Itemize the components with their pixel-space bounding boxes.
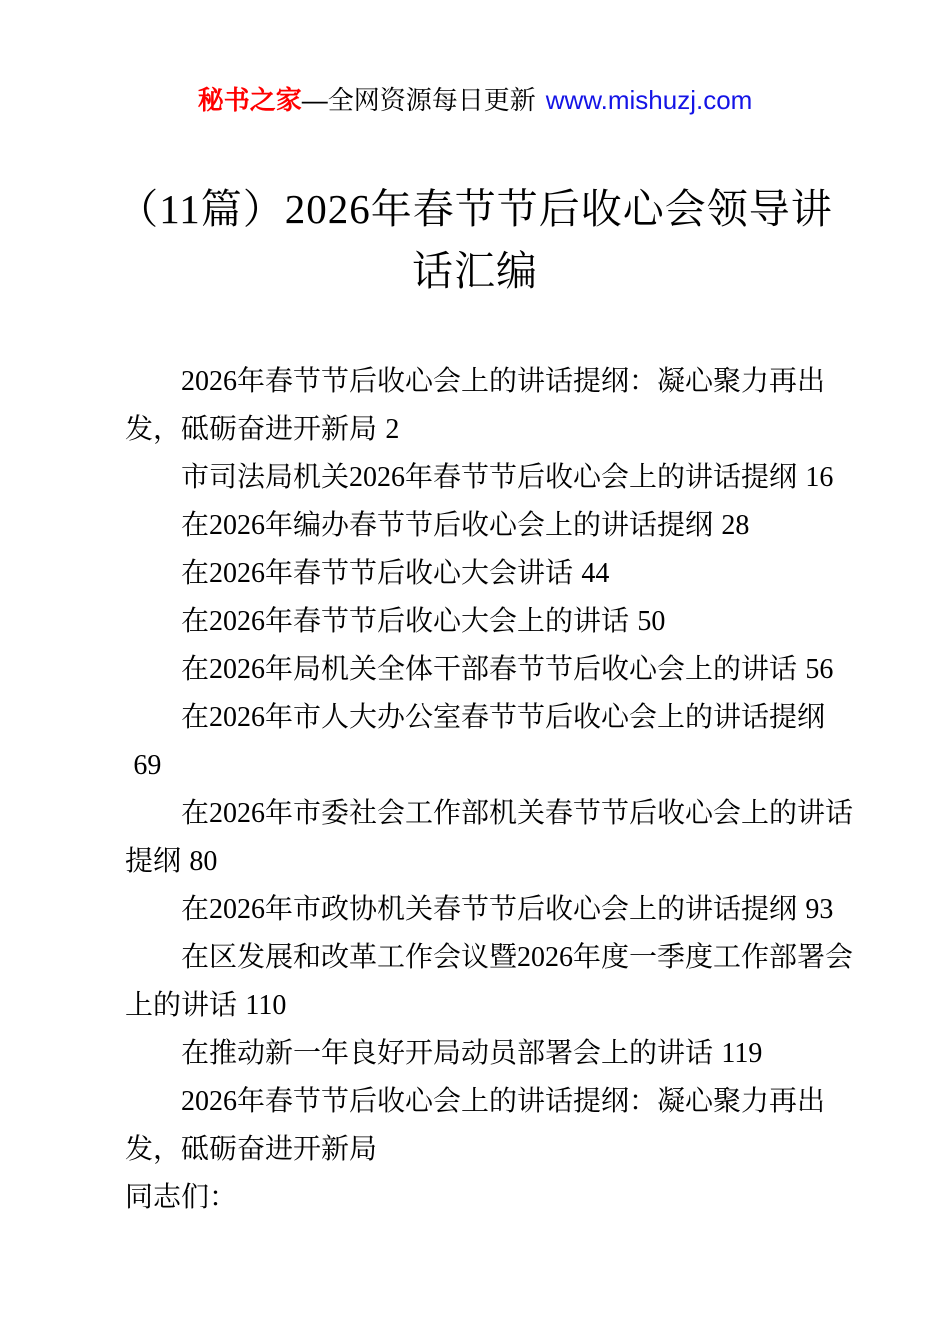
toc-entry: 在2026年春节节后收心大会讲话44 <box>125 550 855 598</box>
site-url-link[interactable]: www.mishuzj.com <box>546 85 753 115</box>
toc-entry-page: 28 <box>721 510 749 541</box>
toc-entry-text: 2026年春节节后收心会上的讲话提纲：凝心聚力再出发，砥砺奋进开新局 <box>125 366 825 445</box>
toc-entry: 在2026年编办春节节后收心会上的讲话提纲28 <box>125 502 855 550</box>
toc-entry-page: 80 <box>189 846 217 877</box>
toc-entry-page: 16 <box>805 462 833 493</box>
toc-entry-text: 在2026年局机关全体干部春节节后收心会上的讲话 <box>181 654 797 685</box>
toc-entry-text: 在2026年市政协机关春节节后收心会上的讲话提纲 <box>181 894 797 925</box>
speech-salutation: 同志们： <box>125 1174 855 1222</box>
document-body: 2026年春节节后收心会上的讲话提纲：凝心聚力再出发，砥砺奋进开新局2 市司法局… <box>125 358 855 1222</box>
toc-entry-page: 119 <box>721 1038 762 1069</box>
toc-entry-text: 在2026年市委社会工作部机关春节节后收心会上的讲话提纲 <box>125 798 853 877</box>
toc-entry-text: 在区发展和改革工作会议暨2026年度一季度工作部署会上的讲话 <box>125 942 853 1021</box>
toc-entry-page: 110 <box>245 990 286 1021</box>
site-name: 秘书之家 <box>198 85 302 115</box>
toc-entry: 在区发展和改革工作会议暨2026年度一季度工作部署会上的讲话110 <box>125 934 855 1030</box>
toc-entry: 在2026年局机关全体干部春节节后收心会上的讲话56 <box>125 646 855 694</box>
toc-entry-page: 2 <box>385 414 399 445</box>
document-page: 秘书之家—全网资源每日更新www.mishuzj.com （11篇）2026年春… <box>0 0 950 1344</box>
toc-entry: 在2026年市政协机关春节节后收心会上的讲话提纲93 <box>125 886 855 934</box>
toc-entry-page: 69 <box>133 750 161 781</box>
toc-entry: 市司法局机关2026年春节节后收心会上的讲话提纲16 <box>125 454 855 502</box>
speech-heading: 2026年春节节后收心会上的讲话提纲：凝心聚力再出发，砥砺奋进开新局 <box>125 1078 855 1174</box>
toc-entry: 在推动新一年良好开局动员部署会上的讲话119 <box>125 1030 855 1078</box>
site-header: 秘书之家—全网资源每日更新www.mishuzj.com <box>0 82 950 118</box>
toc-entry-text: 在2026年春节节后收心大会讲话 <box>181 558 573 589</box>
toc-entry-text: 在2026年编办春节节后收心会上的讲话提纲 <box>181 510 713 541</box>
toc-entry-page: 93 <box>805 894 833 925</box>
toc-entry-page: 50 <box>637 606 665 637</box>
toc-entry-text: 在2026年春节节后收心大会上的讲话 <box>181 606 629 637</box>
toc-entry: 2026年春节节后收心会上的讲话提纲：凝心聚力再出发，砥砺奋进开新局2 <box>125 358 855 454</box>
toc-entry: 在2026年春节节后收心大会上的讲话50 <box>125 598 855 646</box>
toc-entry-page: 56 <box>805 654 833 685</box>
toc-entry: 在2026年市委社会工作部机关春节节后收心会上的讲话提纲80 <box>125 790 855 886</box>
toc-entry-text: 市司法局机关2026年春节节后收心会上的讲话提纲 <box>181 462 797 493</box>
document-title: （11篇）2026年春节节后收心会领导讲话汇编 <box>110 178 840 302</box>
toc-entry: 在2026年市人大办公室春节节后收心会上的讲话提纲69 <box>125 694 855 790</box>
toc-entry-text: 在2026年市人大办公室春节节后收心会上的讲话提纲 <box>181 702 825 733</box>
site-tagline: —全网资源每日更新 <box>302 85 536 115</box>
toc-entry-text: 在推动新一年良好开局动员部署会上的讲话 <box>181 1038 713 1069</box>
toc-entry-page: 44 <box>581 558 609 589</box>
